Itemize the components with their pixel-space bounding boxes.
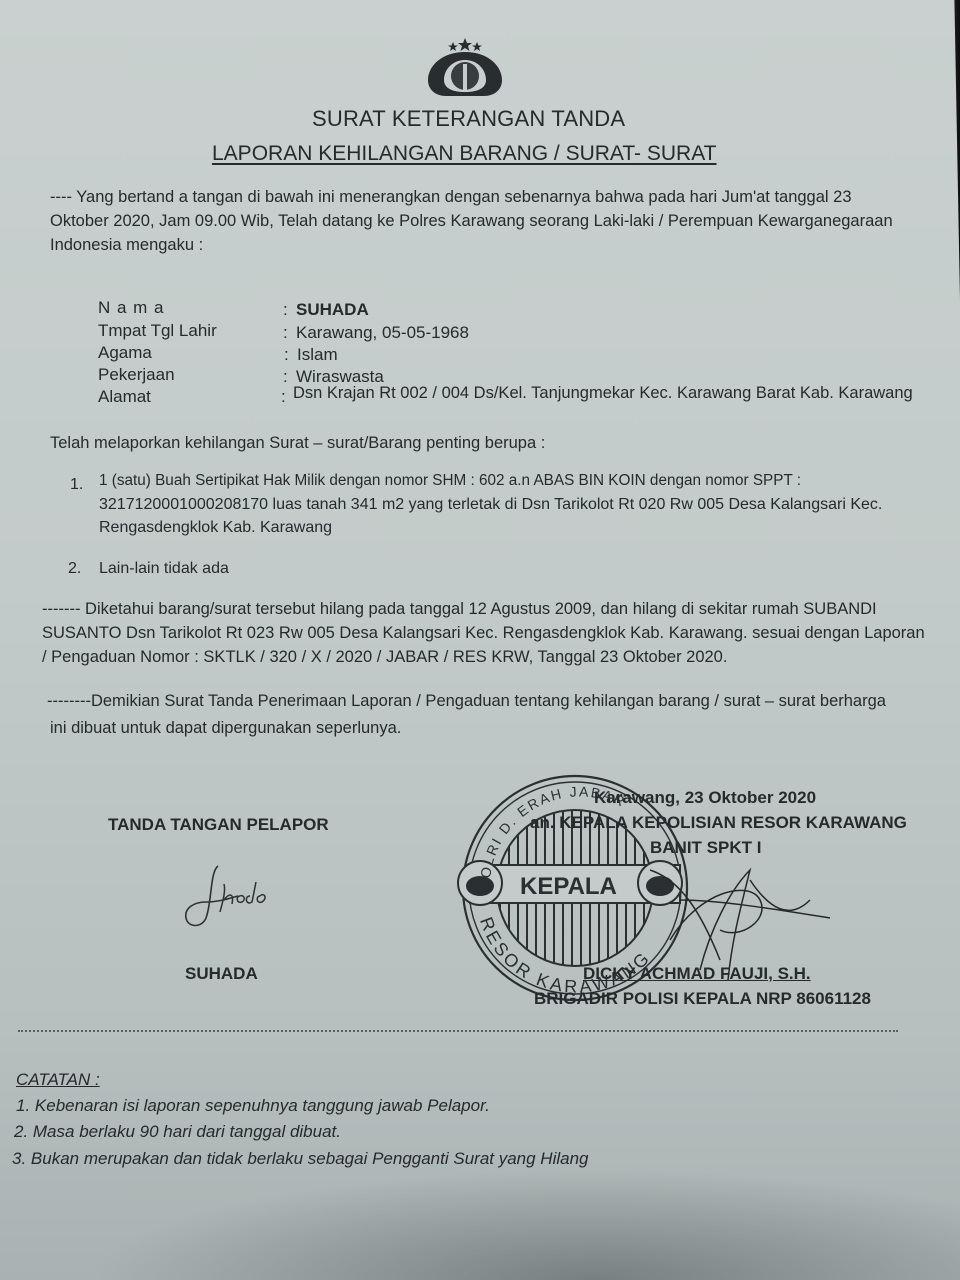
bottom-shadow <box>0 1150 960 1280</box>
field-separator: : <box>283 300 288 320</box>
svg-text:RESOR KARAWANG: RESOR KARAWANG <box>476 914 655 996</box>
loss-statement-line1: ------- Diketahui barang/surat tersebut … <box>42 598 877 620</box>
list-item-line: Lain-lain tidak ada <box>99 558 229 580</box>
list-item-line: Rengasdengklok Kab. Karawang <box>99 517 332 539</box>
list-item-number: 1. <box>70 476 83 494</box>
list-item-line: 3217120001000208170 luas tanah 341 m2 ya… <box>99 494 882 516</box>
list-item-line: 1 (satu) Buah Sertipikat Hak Milik denga… <box>99 470 801 492</box>
section-divider <box>18 1030 898 1032</box>
signature-icon <box>180 862 290 934</box>
intro-line2: Oktober 2020, Jam 09.00 Wib, Telah datan… <box>50 210 893 232</box>
field-value-agama: Islam <box>297 345 338 365</box>
closing-line1: --------Demikian Surat Tanda Penerimaan … <box>47 690 886 712</box>
field-value-alamat: Dsn Krajan Rt 002 / 004 Ds/Kel. Tanjungm… <box>293 384 913 403</box>
notes-heading: CATATAN : <box>16 1070 100 1090</box>
field-separator: : <box>284 345 289 365</box>
field-label-nama: N a m a <box>98 298 165 318</box>
officer-name: DICKY ACHMAD FAUJI, S.H. <box>583 964 811 984</box>
field-value-nama: SUHADA <box>296 300 369 320</box>
field-label-pekerjaan: Pekerjaan <box>98 365 175 385</box>
loss-statement-line2: SUSANTO Dsn Tarikolot Rt 023 Rw 005 Desa… <box>42 622 925 644</box>
closing-line2: ini dibuat untuk dapat dipergunakan sepe… <box>50 717 401 739</box>
intro-line3: Indonesia mengaku : <box>50 234 203 256</box>
field-value-ttl: Karawang, 05-05-1968 <box>296 323 469 343</box>
field-label-agama: Agama <box>98 343 152 363</box>
intro-line1: ---- Yang bertand a tangan di bawah ini … <box>50 186 852 208</box>
list-item-number: 2. <box>68 560 81 578</box>
reporter-name: SUHADA <box>185 964 258 984</box>
police-emblem-icon <box>420 36 510 98</box>
note-item: 1. Kebenaran isi laporan sepenuhnya tang… <box>16 1096 490 1116</box>
officer-rank: BRIGADIR POLISI KEPALA NRP 86061128 <box>534 989 871 1009</box>
svg-text:KEPALA: KEPALA <box>520 873 617 900</box>
note-item: 2. Masa berlaku 90 hari dari tanggal dib… <box>14 1122 341 1142</box>
on-behalf-of: an. KEPALA KEPOLISIAN RESOR KARAWANG <box>530 813 907 833</box>
field-label-alamat: Alamat <box>98 387 151 407</box>
document-title-line1: SURAT KETERANGAN TANDA <box>312 106 625 132</box>
note-item: 3. Bukan merupakan dan tidak berlaku seb… <box>12 1149 589 1169</box>
page-edge-shadow <box>946 0 960 300</box>
field-separator: : <box>283 323 288 343</box>
field-separator: : <box>283 367 288 387</box>
document-title-line2: LAPORAN KEHILANGAN BARANG / SURAT- SURAT <box>212 142 717 166</box>
reporter-signature-heading: TANDA TANGAN PELAPOR <box>108 815 329 835</box>
report-intro: Telah melaporkan kehilangan Surat – sura… <box>50 432 545 454</box>
loss-statement-line3: / Pengaduan Nomor : SKTLK / 320 / X / 20… <box>42 646 727 668</box>
field-separator: : <box>281 387 286 407</box>
place-date: Karawang, 23 Oktober 2020 <box>594 788 816 808</box>
field-label-ttl: Tmpat Tgl Lahir <box>98 321 217 341</box>
